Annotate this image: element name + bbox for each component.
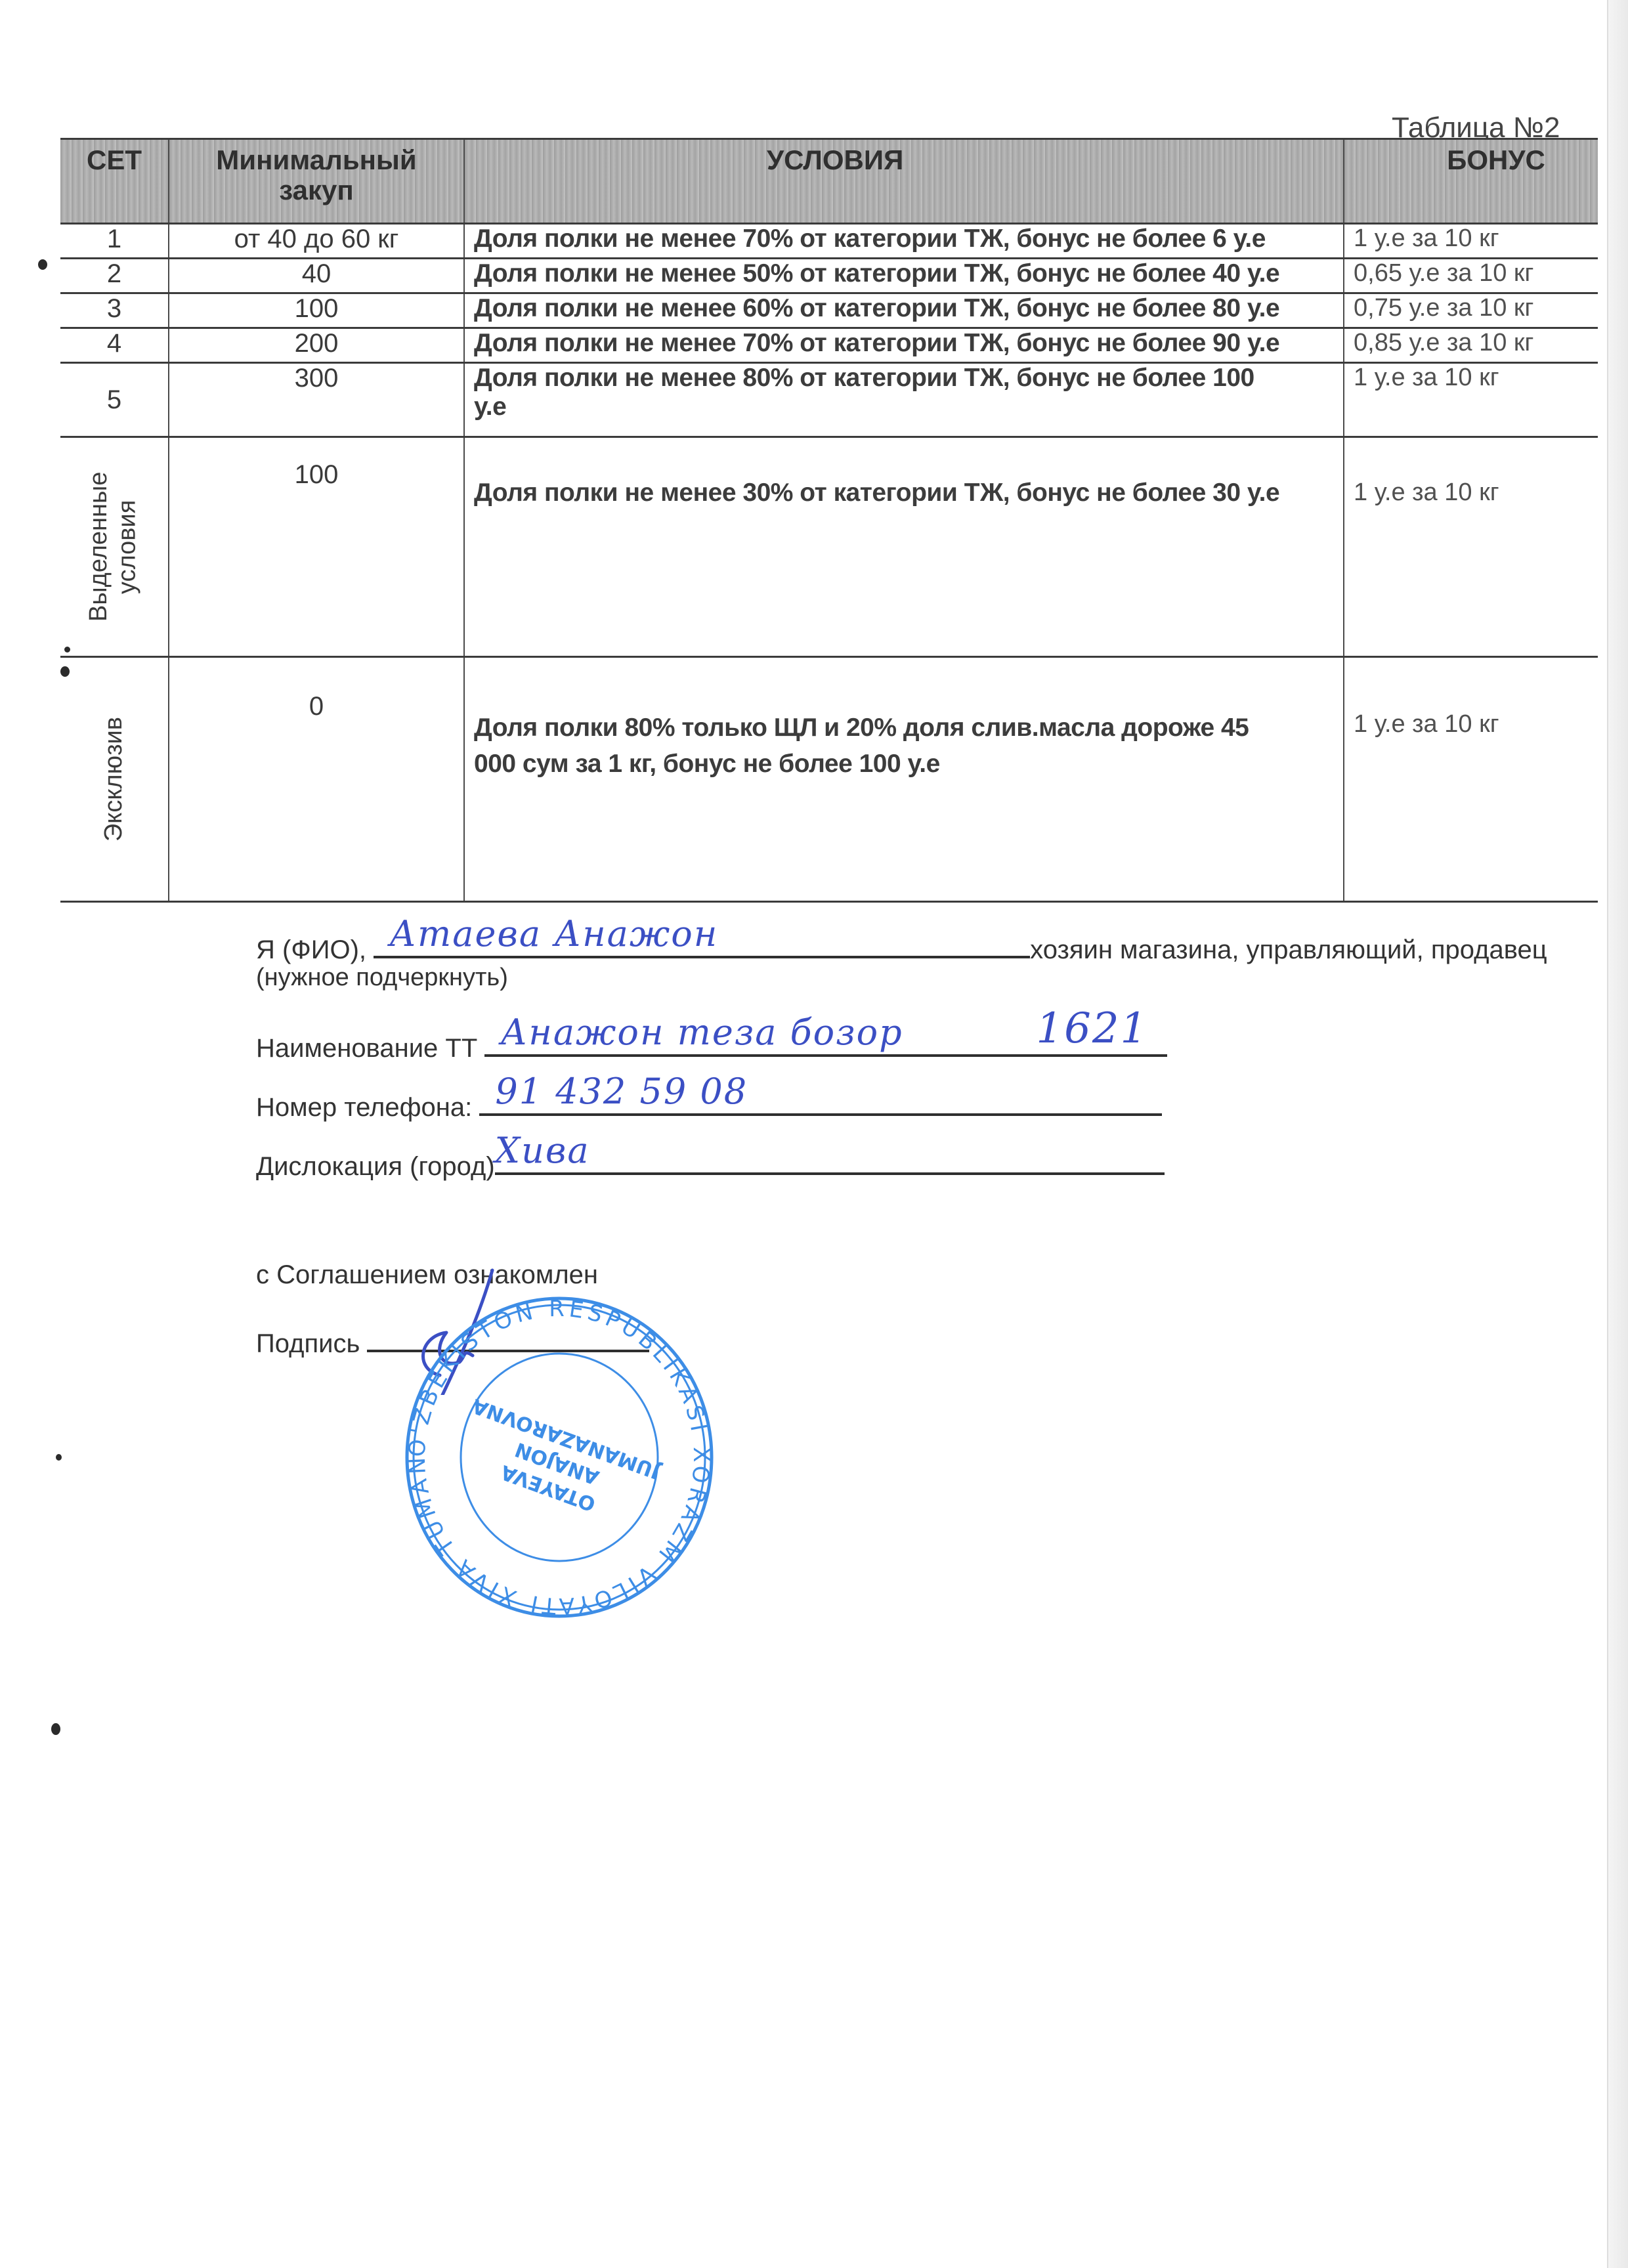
role-options: хозяин магазина, управляющий, продавец [1030, 935, 1547, 964]
underline-hint: (нужное подчеркнуть) [256, 964, 508, 992]
cell-min-purchase: от 40 до 60 кг [169, 224, 464, 259]
cell-conditions: Доля полки не менее 50% от категории ТЖ,… [464, 259, 1344, 293]
cell-bonus: 1 у.е за 10 кг [1344, 224, 1598, 259]
scanned-page-edge [1607, 0, 1628, 2268]
cell-conditions: Доля полки не менее 70% от категории ТЖ,… [464, 224, 1344, 259]
header-set: СЕТ [60, 139, 169, 224]
header-min-purchase: Минимальный закуп [169, 139, 464, 224]
vertical-label-special-conditions: Выделенные условия [85, 465, 144, 629]
scan-speck [56, 1454, 62, 1461]
fio-field[interactable]: Атаева Анажон [374, 926, 1030, 958]
table-row: Эксклюзив 0 Доля полки 80% только ЩЛ и 2… [60, 657, 1598, 902]
cell-bonus: 0,85 у.е за 10 кг [1344, 328, 1598, 363]
cell-set: 1 [60, 224, 169, 259]
location-handwritten-value: Хива [495, 1130, 590, 1171]
cell-min-purchase: 300 [169, 363, 464, 437]
scan-speck [38, 259, 47, 270]
table-row: 1 от 40 до 60 кг Доля полки не менее 70%… [60, 224, 1598, 259]
cell-conditions: Доля полки не менее 60% от категории ТЖ,… [464, 293, 1344, 328]
cell-bonus: 1 у.е за 10 кг [1344, 657, 1598, 902]
header-bonus: БОНУС [1344, 139, 1598, 224]
cell-min-purchase: 0 [169, 657, 464, 902]
cell-bonus: 0,65 у.е за 10 кг [1344, 259, 1598, 293]
cell-set: Выделенные условия [60, 437, 169, 657]
cell-conditions: Доля полки 80% только ЩЛ и 20% доля слив… [464, 657, 1344, 902]
fio-label: Я (ФИО), [256, 935, 366, 964]
cell-bonus: 1 у.е за 10 кг [1344, 363, 1598, 437]
tt-name-field[interactable]: Анажон теза бозор 1621 [484, 1024, 1167, 1057]
phone-handwritten-value: 91 432 59 08 [495, 1071, 748, 1112]
table-row: Выделенные условия 100 Доля полки не мен… [60, 437, 1598, 657]
vertical-label-exclusive: Эксклюзив [100, 697, 129, 861]
cell-min-purchase: 200 [169, 328, 464, 363]
cell-conditions: Доля полки не менее 70% от категории ТЖ,… [464, 328, 1344, 363]
table-row: 2 40 Доля полки не менее 50% от категори… [60, 259, 1598, 293]
cell-set: Эксклюзив [60, 657, 169, 902]
table-header-row: СЕТ Минимальный закуп УСЛОВИЯ БОНУС [60, 139, 1598, 224]
bonus-conditions-table: СЕТ Минимальный закуп УСЛОВИЯ БОНУС 1 от… [60, 138, 1598, 903]
tt-name-line: Наименование ТТ Анажон теза бозор 1621 [256, 1024, 1167, 1063]
tt-name-label: Наименование ТТ [256, 1034, 477, 1063]
cell-min-purchase: 40 [169, 259, 464, 293]
table-row: 4 200 Доля полки не менее 70% от категор… [60, 328, 1598, 363]
cell-bonus: 1 у.е за 10 кг [1344, 437, 1598, 657]
table-row: 5 300 Доля полки не менее 80% от категор… [60, 363, 1598, 437]
tt-number-handwritten-value: 1621 [1036, 1004, 1148, 1053]
header-conditions: УСЛОВИЯ [464, 139, 1344, 224]
cell-set: 2 [60, 259, 169, 293]
scan-speck [51, 1723, 60, 1735]
location-label: Дислокация (город) [256, 1152, 495, 1181]
official-stamp-icon: O'ZBEKISTON RESPUBLIKASI XORAZM VILOYATI… [402, 1293, 717, 1621]
location-field[interactable]: Хива [495, 1142, 1165, 1175]
cell-min-purchase: 100 [169, 437, 464, 657]
cell-set: 3 [60, 293, 169, 328]
fio-line: Я (ФИО), Атаева Анажон хозяин магазина, … [256, 926, 1547, 965]
location-line: Дислокация (город) Хива [256, 1142, 1165, 1182]
cell-set: 5 [60, 363, 169, 437]
cell-conditions: Доля полки не менее 80% от категории ТЖ,… [464, 363, 1344, 437]
fio-handwritten-value: Атаева Анажон [389, 913, 718, 954]
tt-name-handwritten-value: Анажон теза бозор [500, 1012, 903, 1053]
cell-conditions: Доля полки не менее 30% от категории ТЖ,… [464, 437, 1344, 657]
cell-set: 4 [60, 328, 169, 363]
table-row: 3 100 Доля полки не менее 60% от категор… [60, 293, 1598, 328]
phone-label: Номер телефона: [256, 1093, 472, 1122]
phone-line: Номер телефона: 91 432 59 08 [256, 1083, 1162, 1123]
cell-bonus: 0,75 у.е за 10 кг [1344, 293, 1598, 328]
signature-label: Подпись [256, 1329, 360, 1358]
cell-min-purchase: 100 [169, 293, 464, 328]
phone-field[interactable]: 91 432 59 08 [479, 1083, 1162, 1116]
